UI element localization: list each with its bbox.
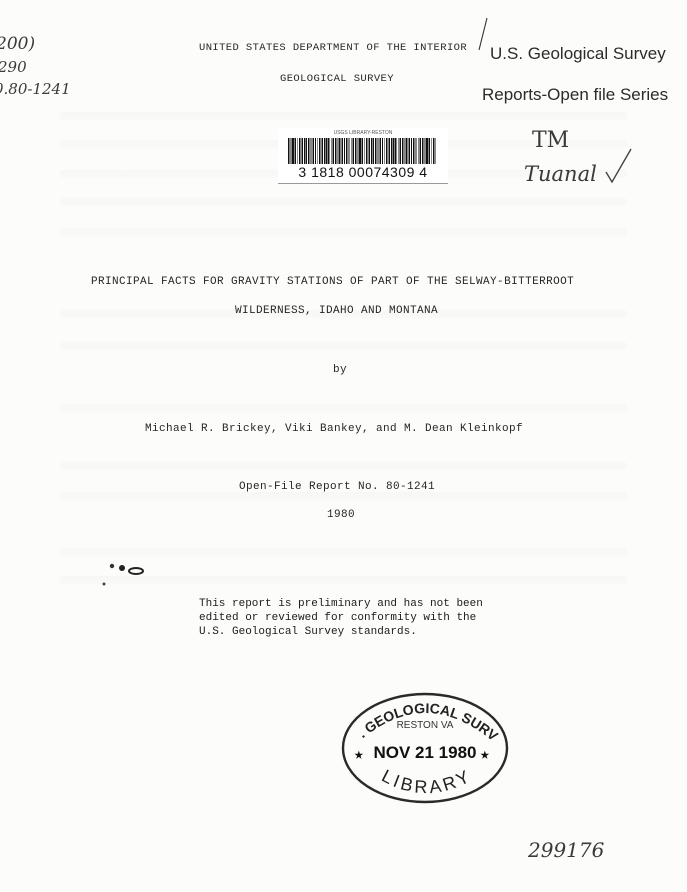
bleed-through-line [60, 228, 627, 236]
bleed-through-line [60, 492, 627, 500]
disclaimer-line: edited or reviewed for conformity with t… [199, 611, 483, 625]
svg-text:U.S. GEOLOGICAL SURVEY: U.S. GEOLOGICAL SURVEY [339, 688, 502, 744]
library-barcode-label: USGS LIBRARY-RESTON 3 1818 00074309 4 [278, 128, 448, 184]
stamp-location: RESTON VA [397, 720, 454, 731]
handwritten-signature: Tuanal [524, 162, 597, 186]
handwritten-initials: TM [532, 128, 569, 153]
handwritten-note-1: 200) [0, 34, 35, 54]
report-number: Open-File Report No. 80-1241 [239, 481, 435, 493]
barcode-caption: USGS LIBRARY-RESTON [278, 130, 448, 136]
handwritten-accession-number: 299176 [528, 838, 604, 862]
barcode-icon [288, 138, 436, 164]
stamp-arc-bottom: LIBRARY [379, 765, 476, 797]
bleed-through-line [60, 548, 627, 556]
check-mark-icon [476, 16, 490, 52]
by-label: by [333, 364, 347, 376]
svg-text:LIBRARY: LIBRARY [379, 765, 476, 797]
disclaimer-line: U.S. Geological Survey standards. [199, 625, 483, 639]
authors: Michael R. Brickey, Viki Bankey, and M. … [145, 423, 523, 435]
agency-heading: GEOLOGICAL SURVEY [280, 73, 394, 85]
disclaimer: This report is preliminary and has not b… [199, 597, 483, 639]
bleed-through-line [60, 198, 627, 206]
report-title-line2: WILDERNESS, IDAHO AND MONTANA [235, 305, 438, 317]
department-heading: UNITED STATES DEPARTMENT OF THE INTERIOR [199, 42, 467, 54]
bleed-through-line [60, 462, 627, 470]
series-stamp-line1: U.S. Geological Survey [490, 44, 666, 64]
bleed-through-line [60, 342, 627, 350]
library-stamp: U.S. GEOLOGICAL SURVEY RESTON VA NOV 21 … [339, 688, 511, 806]
star-icon: ★ [480, 746, 490, 764]
bleed-through-line [60, 404, 627, 412]
stamp-date: NOV 21 1980 [373, 743, 476, 762]
handwritten-note-3: 0.80-1241 [0, 80, 71, 98]
handwritten-note-2: 290 [0, 58, 27, 76]
series-stamp-line2: Reports-Open file Series [482, 85, 668, 105]
report-title-line1: PRINCIPAL FACTS FOR GRAVITY STATIONS OF … [91, 276, 574, 288]
library-stamp-oval-icon: U.S. GEOLOGICAL SURVEY RESTON VA NOV 21 … [339, 688, 511, 806]
disclaimer-line: This report is preliminary and has not b… [199, 597, 483, 611]
document-page: 200) 290 0.80-1241 UNITED STATES DEPARTM… [0, 0, 687, 892]
bleed-through-line [60, 112, 627, 120]
star-icon: ★ [354, 746, 364, 764]
ink-smudge [100, 558, 170, 593]
stamp-arc-top: U.S. GEOLOGICAL SURVEY [339, 688, 502, 744]
report-year: 1980 [327, 509, 355, 521]
signature-check-icon [604, 146, 634, 186]
barcode-number: 3 1818 00074309 4 [278, 164, 448, 180]
